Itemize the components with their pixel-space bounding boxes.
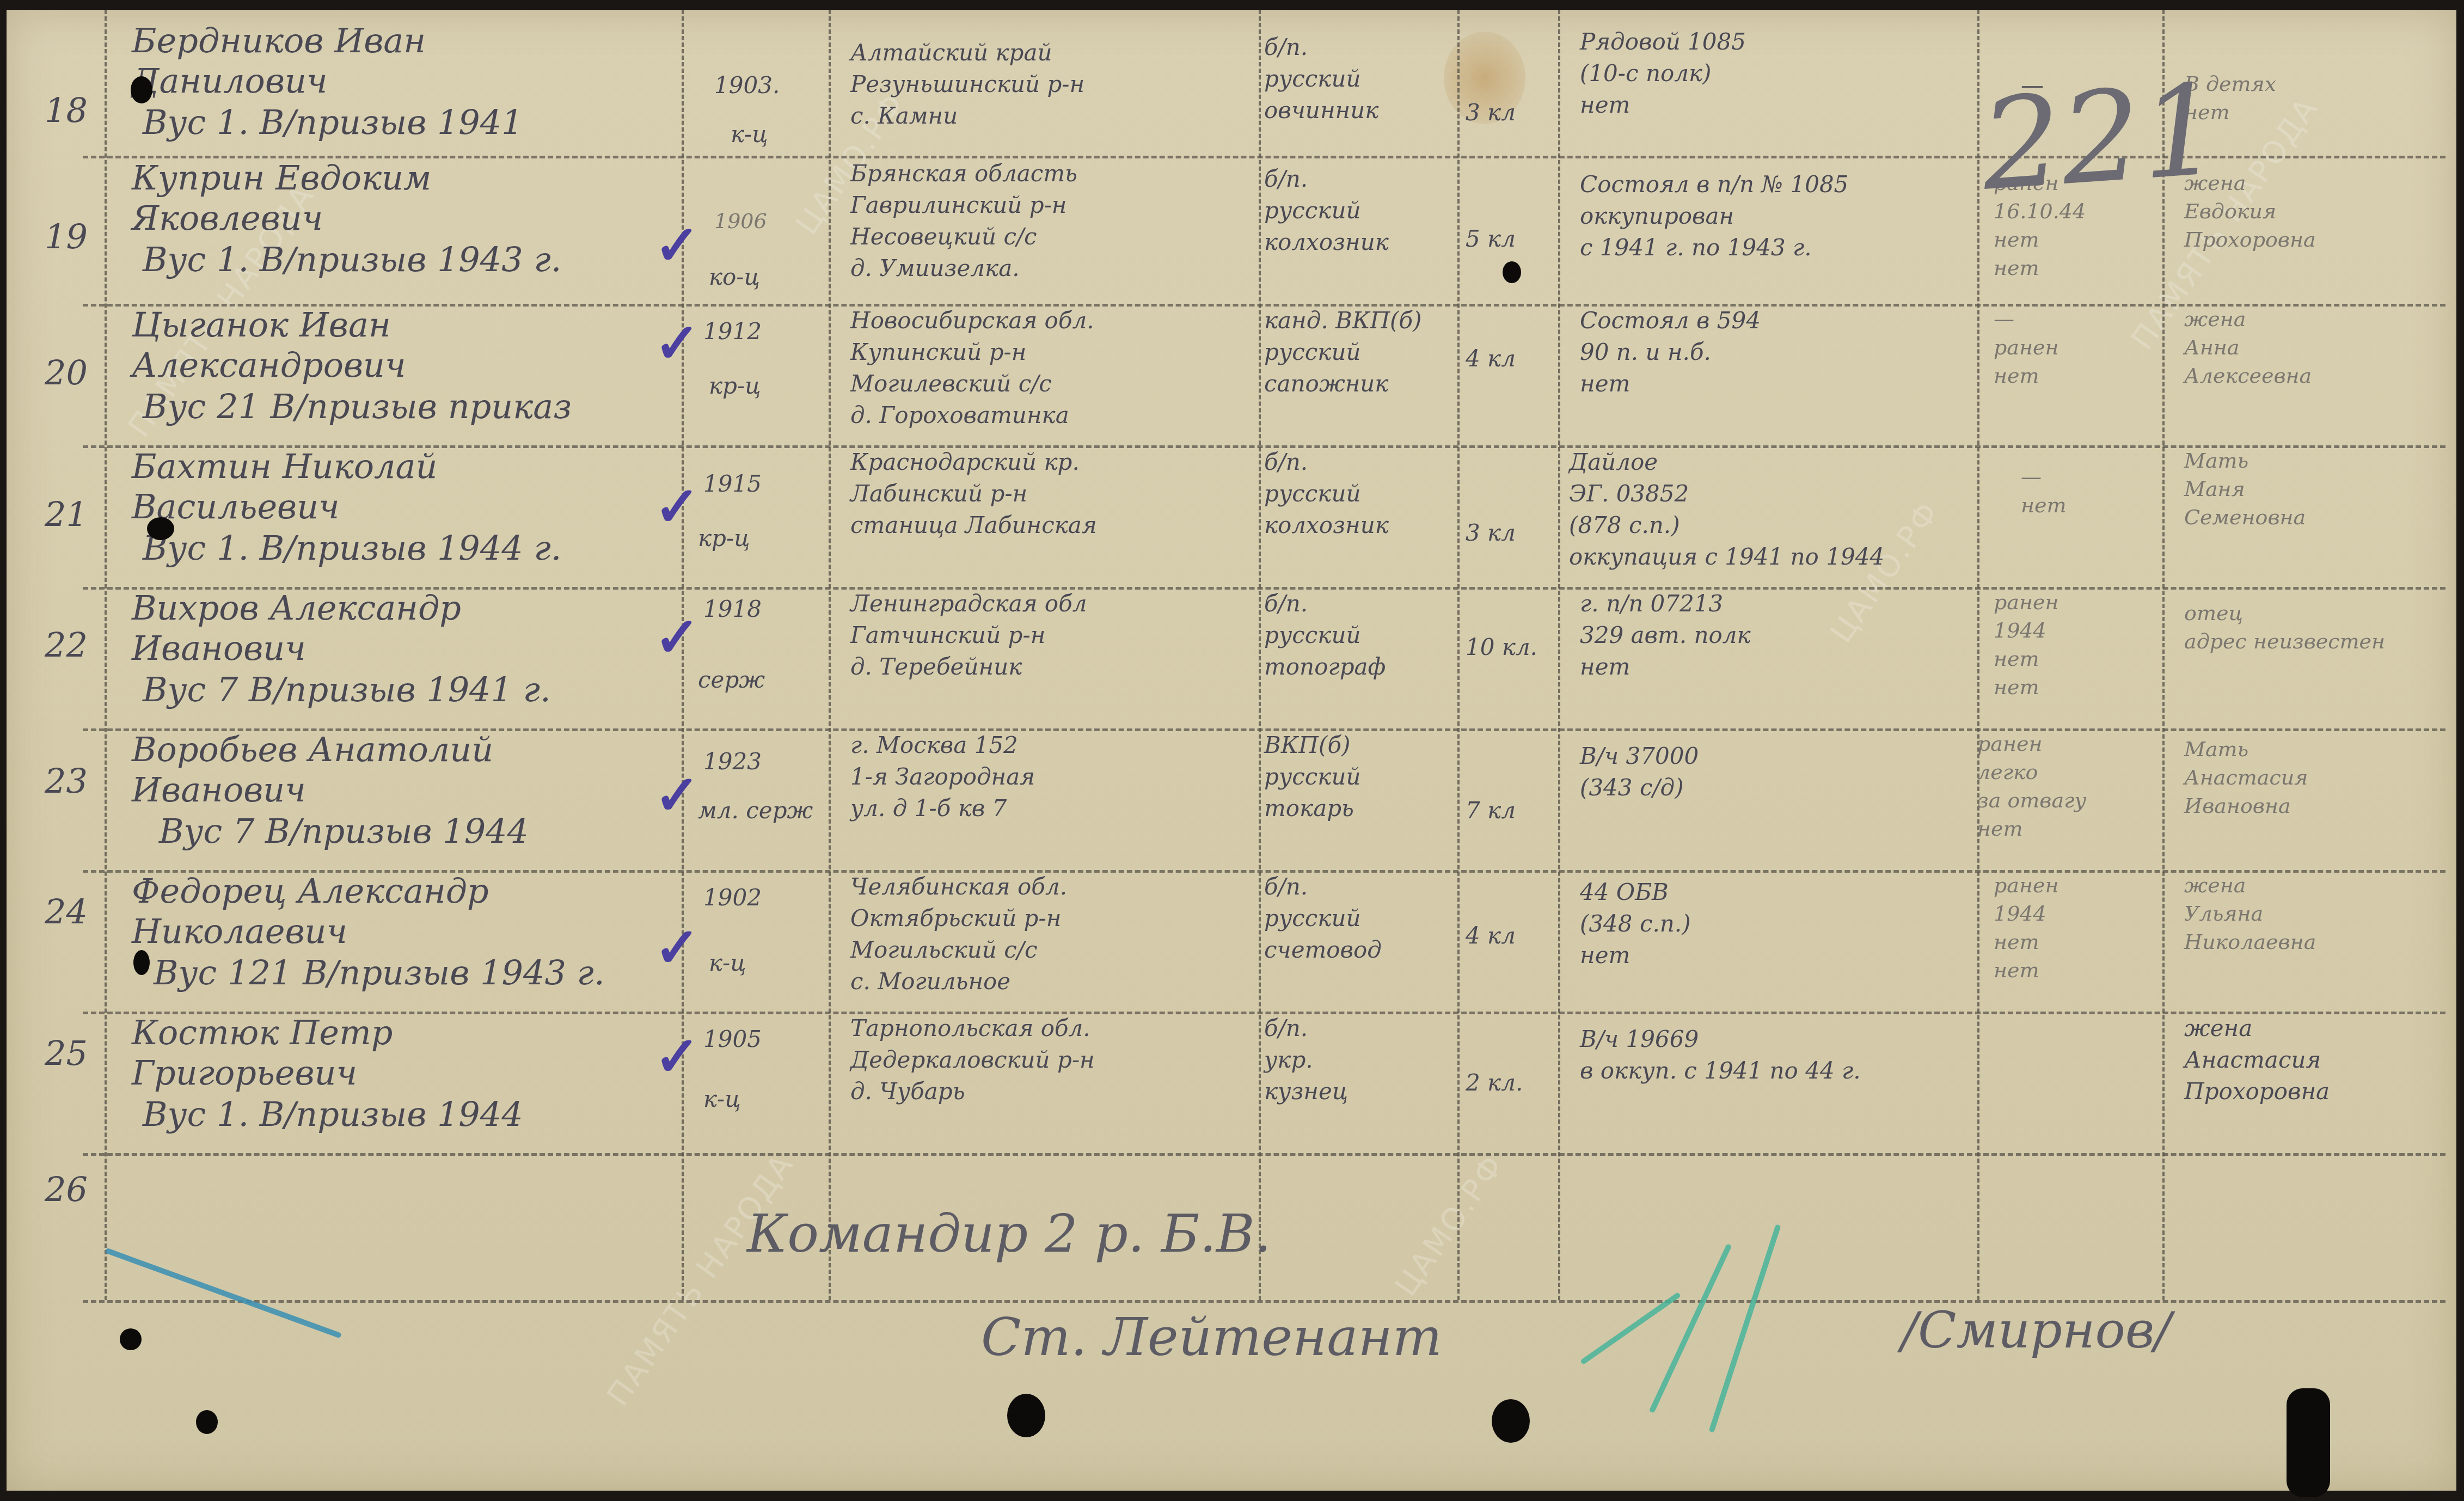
punch-hole bbox=[1492, 1399, 1530, 1443]
soldier-name: Бердников Иван Данилович bbox=[132, 21, 676, 101]
page-number-stamp: 221 bbox=[1977, 57, 2226, 219]
soldier-name: Вихров Александр Иванович bbox=[132, 588, 676, 669]
punch-hole bbox=[133, 950, 150, 975]
torn-edge bbox=[2287, 1388, 2330, 1497]
row-number: 19 bbox=[45, 218, 88, 256]
service-info: Рядовой 1085 (10-с полк) нет bbox=[1580, 26, 1972, 121]
row-number: 24 bbox=[45, 893, 88, 931]
vus-info: Вус 1. В/призыв 1944 bbox=[143, 1094, 687, 1135]
row-number: 21 bbox=[45, 495, 88, 534]
table-row: ✓ 21 Бахтин Николай Васильевич Вус 1. В/… bbox=[7, 446, 2456, 583]
punch-hole bbox=[131, 76, 152, 103]
rank-line: Ст. Лейтенант bbox=[981, 1307, 1442, 1368]
punch-hole bbox=[147, 517, 174, 540]
vus-info: Вус 1. В/призыв 1943 г. bbox=[143, 240, 687, 280]
punch-hole bbox=[196, 1410, 218, 1434]
rank: серж bbox=[698, 664, 765, 696]
address: Челябинская обл. Октябрьский р-н Могильс… bbox=[850, 871, 1253, 997]
vus-info: Вус 7 В/призыв 1944 bbox=[159, 811, 703, 851]
commander-line: Командир 2 р. Б.В. bbox=[747, 1203, 1271, 1264]
party-nationality-profession: б/п. русский колхозник bbox=[1264, 446, 1460, 541]
row-number: 22 bbox=[45, 626, 88, 664]
vus-info: Вус 1. В/призыв 1944 г. bbox=[143, 528, 687, 568]
table-row: ✓ 25 Костюк Петр Григорьевич Вус 1. В/пр… bbox=[7, 1013, 2456, 1149]
address: г. Москва 152 1-я Загородная ул. д 1-б к… bbox=[850, 730, 1253, 824]
wounds-awards: ранен 1944 нет нет bbox=[1994, 871, 2059, 984]
birth-year: 1915 bbox=[703, 468, 762, 500]
vus-info: Вус 7 В/призыв 1941 г. bbox=[143, 670, 687, 710]
row-number: 23 bbox=[45, 762, 88, 800]
signature-name: /Смирнов/ bbox=[1901, 1301, 2171, 1359]
soldier-name: Бахтин Николай Васильевич bbox=[132, 446, 676, 527]
education: 3 кл bbox=[1466, 97, 1516, 128]
birth-year: 1903. bbox=[714, 70, 780, 101]
rank: мл. серж bbox=[698, 795, 823, 826]
party-nationality-profession: канд. ВКП(б) русский сапожник bbox=[1264, 305, 1460, 400]
rank: ко-ц bbox=[709, 261, 760, 293]
address: Ленинградская обл Гатчинский р-н д. Тере… bbox=[850, 588, 1253, 683]
wounds-awards: — ранен нет bbox=[1994, 305, 2059, 390]
service-info: Состоял в п/п № 1085 оккупирован с 1941 … bbox=[1580, 169, 1972, 264]
address: Тарнопольская обл. Дедеркаловский р-н д.… bbox=[850, 1013, 1253, 1107]
education: 2 кл. bbox=[1466, 1067, 1523, 1099]
wounds-awards: ранен 1944 нет нет bbox=[1994, 588, 2059, 701]
birth-year: 1918 bbox=[703, 593, 762, 625]
birth-year: 1906 bbox=[714, 207, 767, 235]
row-number: 20 bbox=[45, 354, 88, 392]
service-info: В/ч 19669 в оккуп. с 1941 по 44 г. bbox=[1580, 1024, 1972, 1087]
family-info: отец адрес неизвестен bbox=[2184, 599, 2445, 655]
party-nationality-profession: б/п. русский счетовод bbox=[1264, 871, 1460, 966]
table-row: ✓ 22 Вихров Александр Иванович Вус 7 В/п… bbox=[7, 588, 2456, 724]
party-nationality-profession: б/п. русский колхозник bbox=[1264, 163, 1460, 258]
family-info: Мать Анастасия Ивановна bbox=[2184, 735, 2445, 820]
family-info: Мать Маня Семеновна bbox=[2184, 446, 2445, 531]
soldier-name: Костюк Петр Григорьевич bbox=[132, 1013, 676, 1093]
address: Краснодарский кр. Лабинский р-н станица … bbox=[850, 446, 1253, 541]
punch-hole bbox=[120, 1328, 142, 1350]
punch-hole bbox=[1007, 1394, 1045, 1437]
soldier-name: Федорец Александр Николаевич bbox=[132, 871, 676, 952]
rank: кр-ц bbox=[698, 523, 750, 554]
soldier-name: Цыганок Иван Александрович bbox=[132, 305, 676, 385]
education: 10 кл. bbox=[1466, 632, 1537, 663]
service-info: В/ч 37000 (343 с/д) bbox=[1580, 740, 1972, 804]
vus-info: Вус 1. В/призыв 1941 bbox=[143, 102, 687, 143]
punch-hole bbox=[1503, 261, 1521, 283]
service-info: Дайлое ЭГ. 03852 (878 с.п.) оккупация с … bbox=[1569, 446, 1972, 573]
birth-year: 1923 bbox=[703, 746, 762, 777]
education: 5 кл bbox=[1466, 223, 1516, 255]
rank: к-ц bbox=[709, 947, 746, 979]
soldier-name: Куприн Евдоким Яковлевич bbox=[132, 158, 676, 238]
party-nationality-profession: б/п. русский топограф bbox=[1264, 588, 1460, 683]
service-info: 44 ОБВ (348 с.п.) нет bbox=[1580, 877, 1972, 971]
birth-year: 1902 bbox=[703, 882, 762, 914]
row-number: 26 bbox=[45, 1171, 88, 1209]
signature-block: Ст. Лейтенант /Смирнов/ bbox=[7, 1290, 2456, 1497]
birth-year: 1912 bbox=[703, 316, 762, 347]
vus-info: Вус 121 В/призыв 1943 г. bbox=[154, 953, 698, 993]
row-number: 18 bbox=[45, 91, 88, 130]
family-info: жена Анастасия Прохоровна bbox=[2184, 1013, 2445, 1107]
soldier-name: Воробьев Анатолий Иванович bbox=[132, 730, 676, 810]
service-info: г. п/п 07213 329 авт. полк нет bbox=[1580, 588, 1972, 683]
wounds-awards: — нет bbox=[2021, 463, 2067, 519]
table-row: ✓ 20 Цыганок Иван Александрович Вус 21 В… bbox=[7, 305, 2456, 441]
rank: к-ц bbox=[731, 119, 768, 150]
education: 4 кл bbox=[1466, 343, 1516, 375]
vus-info: Вус 21 В/призыв приказ bbox=[143, 387, 687, 427]
birth-year: 1905 bbox=[703, 1024, 762, 1055]
party-nationality-profession: ВКП(б) русский токарь bbox=[1264, 730, 1460, 824]
education: 3 кл bbox=[1466, 517, 1516, 549]
table-row-empty: 26 Командир 2 р. Б.В. bbox=[7, 1154, 2456, 1290]
service-info: Состоял в 594 90 п. и н.б. нет bbox=[1580, 305, 1972, 400]
table-row: ✓ 24 Федорец Александр Николаевич Вус 12… bbox=[7, 871, 2456, 1007]
address: Брянская область Гаврилинский р-н Несове… bbox=[850, 158, 1253, 284]
education: 4 кл bbox=[1466, 920, 1516, 952]
party-nationality-profession: б/п. русский овчинник bbox=[1264, 32, 1460, 126]
wounds-awards: ранен легко за отвагу нет bbox=[1977, 730, 2086, 843]
rank: к-ц bbox=[703, 1083, 741, 1115]
family-info: жена Ульяна Николаевна bbox=[2184, 871, 2445, 956]
party-nationality-profession: б/п. укр. кузнец bbox=[1264, 1013, 1460, 1107]
rank: кр-ц bbox=[709, 370, 761, 402]
family-info: В детях нет bbox=[2184, 70, 2445, 126]
address: Алтайский край Резуньшинский р-н с. Камн… bbox=[850, 37, 1253, 132]
family-info: жена Анна Алексеевна bbox=[2184, 305, 2445, 390]
education: 7 кл bbox=[1466, 795, 1516, 826]
row-number: 25 bbox=[45, 1034, 88, 1073]
table-row: ✓ 23 Воробьев Анатолий Иванович Вус 7 В/… bbox=[7, 730, 2456, 866]
address: Новосибирская обл. Купинский р-н Могилев… bbox=[850, 305, 1253, 431]
